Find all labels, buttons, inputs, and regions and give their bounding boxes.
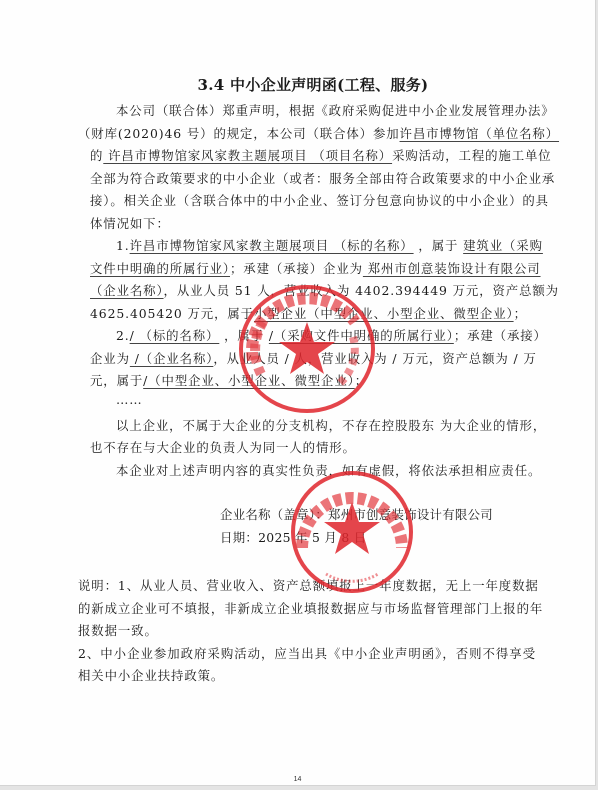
statement-line: 以上企业，不属于大企业的分支机构，不存在控股股东 为大企业的情形， bbox=[90, 415, 536, 438]
note-line: 的新成立企业可不填报，非新成立企业填报数据应与市场监督管理部门上报的年 bbox=[78, 598, 536, 621]
text: 本公司（联合体）郑重声明，根据《政府采购促进中小企业发展管理办法》 bbox=[116, 103, 555, 118]
item1-line: （企业名称），从业人员 51 人，营业收入为 4402.394449 万元，资产… bbox=[90, 280, 536, 303]
item1-line: 文件中明确的所属行业）；承建（承接）企业为 郑州市创意装饰设计有限公司 bbox=[90, 258, 536, 281]
text: 元，属于 bbox=[90, 373, 143, 388]
subject-name-field: / （标的名称） bbox=[130, 328, 220, 343]
enterprise-size-field: /（中型企业、小型企业、微型企业） bbox=[143, 373, 355, 388]
note-line: 报数据一致。 bbox=[78, 620, 536, 643]
ellipsis: …… bbox=[90, 393, 536, 411]
item1-line: 4625.405420 万元，属于小型企业（中型企业、小型企业、微型企业）； bbox=[90, 303, 536, 326]
signature-date: 日期：2025 年 5 月 8 日 bbox=[90, 527, 536, 550]
text: 接）。相关企业（含联合体中的中小企业、签订分包意向协议的中小企业）的具 bbox=[90, 193, 549, 208]
note-line: 2、中小企业参加政府采购活动，应当出具《中小企业声明函》，否则不得享受 bbox=[78, 643, 536, 666]
enterprise-size-field: 小型企业（中型企业、小型企业、微型企业） bbox=[254, 306, 514, 321]
signature-company: 企业名称（盖章）：郑州市创意装饰设计有限公司 bbox=[90, 504, 536, 527]
unit-name-field: 许昌市博物馆（单位名称） bbox=[400, 126, 560, 141]
intro-line: 本公司（联合体）郑重声明，根据《政府采购促进中小企业发展管理办法》 bbox=[90, 100, 536, 123]
intro-line: 体情况如下： bbox=[90, 213, 536, 236]
industry-field: 文件中明确的所属行业） bbox=[90, 261, 230, 276]
spacer bbox=[90, 549, 536, 575]
text: ；承建（承接） bbox=[454, 328, 547, 343]
text: ，从业人员 / 人，营业收入为 / 万元，资产总额为 / 万 bbox=[213, 351, 536, 366]
spacer bbox=[90, 482, 536, 504]
project-name-field: 许昌市博物馆家风家教主题展项目 （项目名称） bbox=[103, 148, 392, 163]
text: （财库(2020)46 号）的规定，本公司（联合体）参加 bbox=[78, 126, 400, 141]
text: ，属于 bbox=[219, 328, 269, 343]
item2-line: 企业为 /（企业名称），从业人员 / 人，营业收入为 / 万元，资产总额为 / … bbox=[90, 348, 536, 371]
company-name-field: 郑州市创意装饰设计有限公司 bbox=[363, 261, 541, 276]
item2-line: 2./ （标的名称） ，属于 /（采购文件中明确的所属行业）；承建（承接） bbox=[90, 325, 536, 348]
note-line: 相关中小企业扶持政策。 bbox=[78, 665, 536, 688]
document-page: 3.4 中小企业声明函(工程、服务) 本公司（联合体）郑重声明，根据《政府采购促… bbox=[0, 0, 596, 786]
text: 全部为符合政策要求的中小企业（或者：服务全部由符合政策要求的中小企业承 bbox=[90, 171, 555, 186]
intro-line: 接）。相关企业（含联合体中的中小企业、签订分包意向协议的中小企业）的具 bbox=[90, 190, 536, 213]
text: 体情况如下： bbox=[90, 216, 170, 231]
statement-line: 本企业对上述声明内容的真实性负责，如有虚假，将依法承担相应责任。 bbox=[90, 460, 536, 483]
industry-field: 建筑业（采购 bbox=[463, 238, 543, 253]
text: ； bbox=[355, 373, 368, 388]
document-content: 3.4 中小企业声明函(工程、服务) 本公司（联合体）郑重声明，根据《政府采购促… bbox=[90, 70, 536, 688]
text: ；承建（承接）企业为 bbox=[230, 261, 363, 276]
text: 2. bbox=[116, 328, 130, 343]
subject-name-field: 许昌市博物馆家风家教主题展项目 （标的名称） bbox=[130, 238, 414, 253]
intro-line: （财库(2020)46 号）的规定，本公司（联合体）参加许昌市博物馆（单位名称） bbox=[78, 123, 536, 146]
text: 企业为 bbox=[90, 351, 130, 366]
text: 1. bbox=[116, 238, 130, 253]
note-line: 说明：1、从业人员、营业收入、资产总额填报上一年度数据，无上一年度数据 bbox=[78, 575, 536, 598]
page-title: 3.4 中小企业声明函(工程、服务) bbox=[90, 70, 536, 100]
item2-line: 元，属于/（中型企业、小型企业、微型企业）； bbox=[90, 370, 536, 393]
intro-line: 的 许昌市博物馆家风家教主题展项目 （项目名称）采购活动，工程的施工单位 bbox=[90, 145, 536, 168]
company-name-field: /（企业名称） bbox=[130, 351, 213, 366]
page-number: 14 bbox=[0, 776, 595, 783]
item1-line: 1.许昌市博物馆家风家教主题展项目 （标的名称） ，属于 建筑业（采购 bbox=[90, 235, 536, 258]
text: ，属于 bbox=[414, 238, 464, 253]
industry-field: /（采购文件中明确的所属行业） bbox=[269, 328, 454, 343]
intro-line: 全部为符合政策要求的中小企业（或者：服务全部由符合政策要求的中小企业承 bbox=[90, 168, 536, 191]
text: ，从业人员 51 人，营业收入为 4402.394449 万元，资产总额为 bbox=[164, 283, 559, 298]
text: 采购活动，工程的施工单位 bbox=[392, 148, 552, 163]
text: 的 bbox=[90, 148, 103, 163]
text: ； bbox=[514, 306, 527, 321]
company-name-field: （企业名称） bbox=[90, 283, 164, 298]
text: 4625.405420 万元，属于 bbox=[90, 306, 254, 321]
statement-line: 也不存在与大企业的负责人为同一人的情形。 bbox=[90, 437, 536, 460]
